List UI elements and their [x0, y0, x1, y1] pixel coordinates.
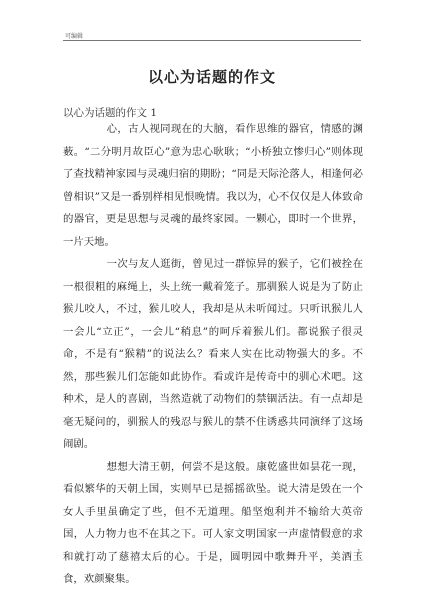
document-body: 心，古人视同现在的大脑，看作思维的器官，情感的渊薮。“二分明月故臣心”意为忠心耿…	[63, 118, 363, 591]
document-title: 以心为话题的作文	[0, 66, 424, 87]
page-number: 1	[357, 549, 361, 556]
paragraph: 想想大清王朝，何尝不是这般。康乾盛世如昙花一现，看似繁华的天朝上国，实则早已是摇…	[63, 456, 363, 591]
document-page: 可编辑 以心为话题的作文 以心为话题的作文 1 心，古人视同现在的大脑，看作思维…	[0, 0, 424, 600]
page-header: 可编辑	[63, 30, 361, 41]
paragraph: 一次与友人逛街，曾见过一群惊异的猴子，它们被拴在一根很粗的麻绳上，头上统一戴着笼…	[63, 253, 363, 456]
header-text: 可编辑	[65, 31, 83, 40]
paragraph: 心，古人视同现在的大脑，看作思维的器官，情感的渊薮。“二分明月故臣心”意为忠心耿…	[63, 118, 363, 253]
